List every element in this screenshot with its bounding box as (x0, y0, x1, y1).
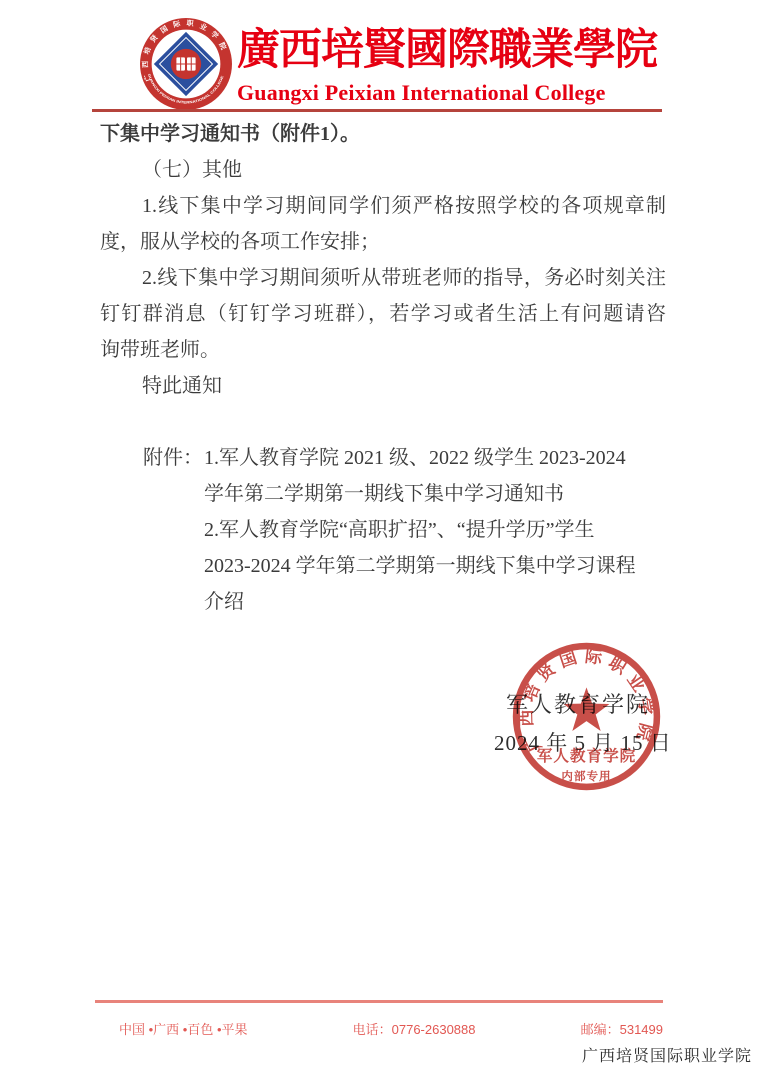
stamp-name: 军人教育学院 (537, 746, 637, 765)
attachment-line: 1.军人教育学院 2021 级、2022 级学生 2023-2024 (204, 440, 636, 476)
body-line: 询带班老师。 (100, 332, 666, 368)
page-footer-college-name: 广西培贤国际职业学院 (582, 1043, 752, 1066)
document-page: 广西培贤国际职业学院 GUANGXI PEIXIAN INTERNATIONAL… (0, 0, 764, 1080)
notice-body: 下集中学习通知书（附件1）。 （七）其他 1.线下集中学习期间同学们须严格按照学… (100, 116, 666, 404)
attachment-line: 2.军人教育学院“高职扩招”、“提升学历”学生 (204, 512, 636, 548)
footer-postcode: 邮编：531499 (581, 1019, 663, 1038)
header-divider (92, 109, 662, 112)
star-icon (564, 687, 610, 731)
attachment-block: 附件： 1.军人教育学院 2021 级、2022 级学生 2023-2024 学… (143, 440, 636, 620)
letterhead: 廣西培賢國際職業學院 Guangxi Peixian International… (237, 24, 667, 106)
stamp-subtitle: 内部专用 (561, 769, 611, 783)
college-name-english: Guangxi Peixian International College (237, 80, 667, 106)
official-seal-stamp: 广西培贤国际职业学院 军人教育学院 内部专用 (503, 633, 670, 800)
body-line: （七）其他 (100, 152, 666, 188)
footer-location: 中国 •广西 •百色 •平果 (119, 1019, 248, 1038)
footer-phone: 电话：0776-2630888 (353, 1019, 476, 1038)
body-line: 特此通知 (100, 368, 666, 404)
body-line: 2.线下集中学习期间须听从带班老师的指导，务必时刻关注 (100, 260, 666, 296)
attachment-items: 1.军人教育学院 2021 级、2022 级学生 2023-2024 学年第二学… (204, 440, 636, 620)
footer-divider (95, 1000, 663, 1003)
attachment-label: 附件： (143, 440, 203, 620)
footer: 中国 •广西 •百色 •平果 电话：0776-2630888 邮编：531499 (95, 1019, 663, 1038)
body-line: 1.线下集中学习期间同学们须严格按照学校的各项规章制 (100, 188, 666, 224)
college-logo: 广西培贤国际职业学院 GUANGXI PEIXIAN INTERNATIONAL… (139, 17, 233, 111)
body-line: 下集中学习通知书（附件1）。 (100, 116, 666, 152)
college-name-chinese: 廣西培賢國際職業學院 (237, 24, 667, 78)
attachment-line: 2023-2024 学年第二学期第一期线下集中学习课程 (204, 548, 636, 584)
attachment-line: 学年第二学期第一期线下集中学习通知书 (204, 476, 636, 512)
attachment-line: 介绍 (204, 584, 636, 620)
body-line: 度，服从学校的各项工作安排； (100, 224, 666, 260)
body-line: 钉钉群消息（钉钉学习班群），若学习或者生活上有问题请咨 (100, 296, 666, 332)
